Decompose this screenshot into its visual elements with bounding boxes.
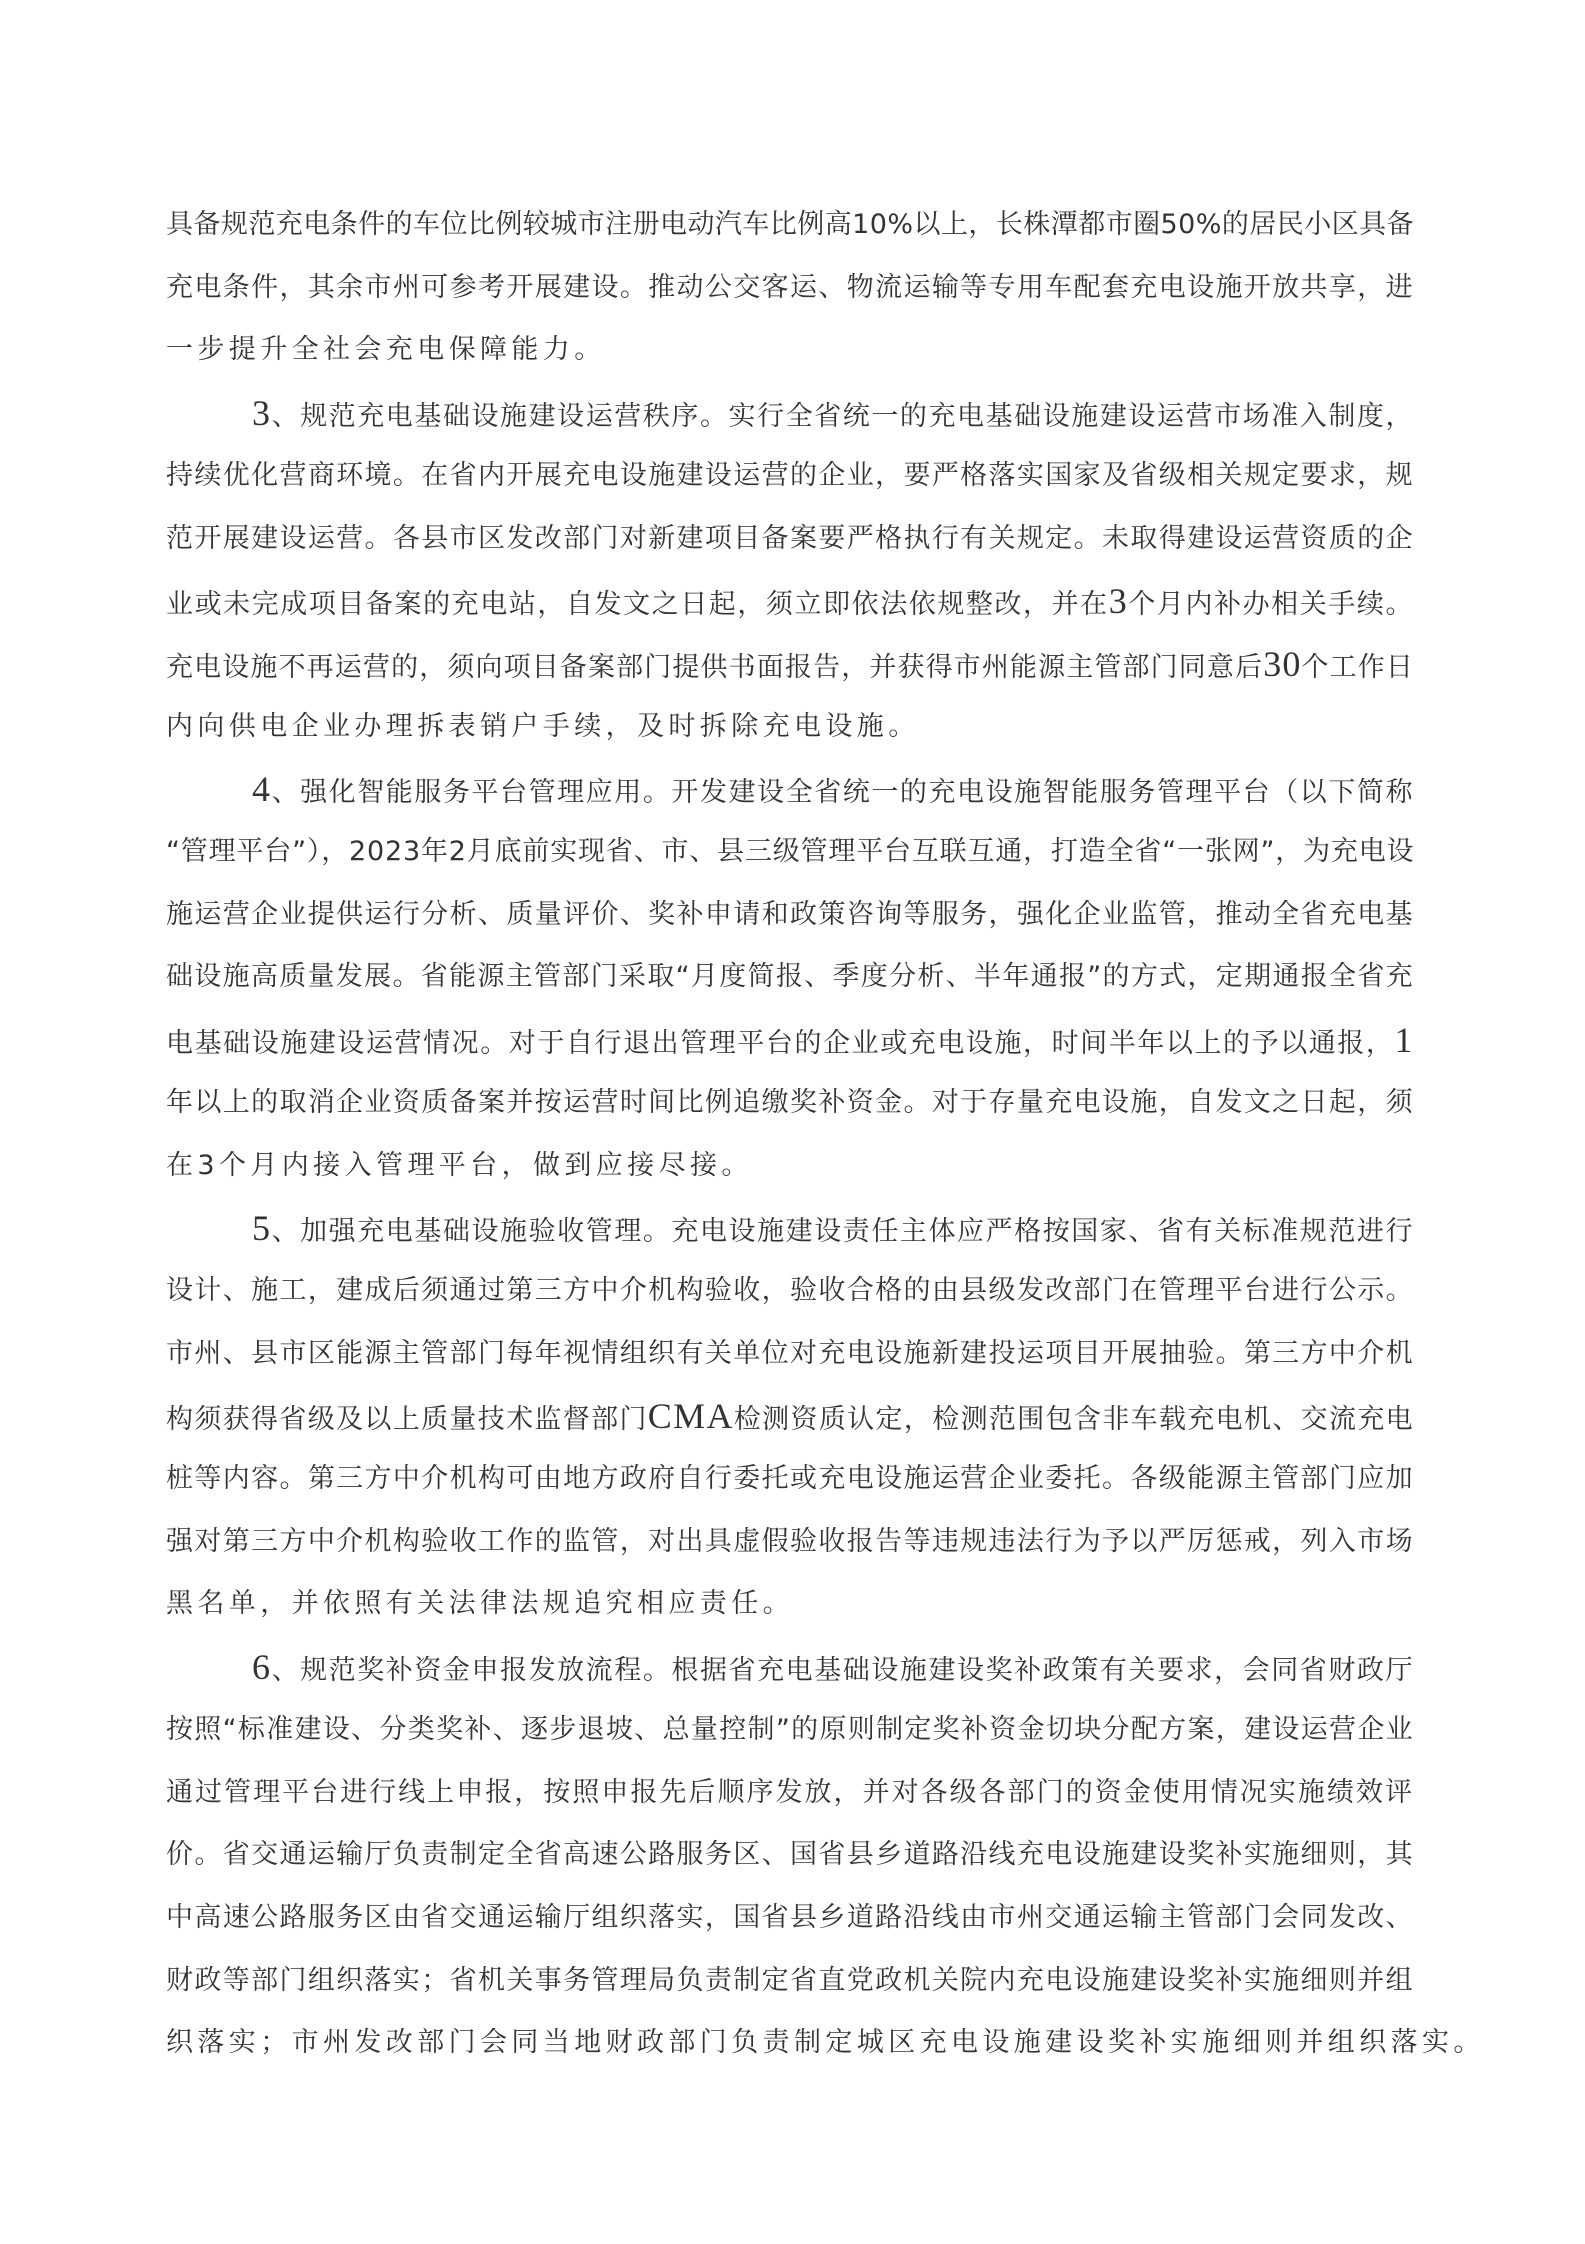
text-line: 年以上的取消企业资质备案并按运营时间比例追缴奖补资金。对于存量充电设施，自发文之… <box>166 1083 1414 1123</box>
text-segment: 范开展建设运营。各县市区发改部门对新建项目备案要严格执行有关规定。未取得建设运营… <box>166 523 1414 554</box>
section-number: 4 <box>252 769 272 809</box>
text-segment: 具备规范充电条件的车位比例较城市注册电动汽车比例高10%以上，长株潭都市圈50%… <box>166 209 1414 240</box>
text-line: 业或未完成项目备案的充电站，自发文之日起，须立即依法依规整改，并在3个月内补办相… <box>166 581 1414 621</box>
text-line: 5、加强充电基础设施验收管理。充电设施建设责任主体应严格按国家、省有关标准规范进… <box>252 1208 1414 1248</box>
text-line: 内向供电企业办理拆表销户手续，及时拆除充电设施。 <box>166 707 1414 747</box>
text-line: 础设施高质量发展。省能源主管部门采取“月度简报、季度分析、半年通报”的方式，定期… <box>166 957 1414 997</box>
text-line: 织落实；市州发改部门会同当地财政部门负责制定城区充电设施建设奖补实施细则并组织落… <box>166 2023 1414 2063</box>
text-segment: 中高速公路服务区由省交通运输厅组织落实，国省县乡道路沿线由市州交通运输主管部门会… <box>166 1902 1414 1933</box>
text-line: 充电条件，其余市州可参考开展建设。推动公交客运、物流运输等专用车配套充电设施开放… <box>166 268 1414 308</box>
text-segment: 业或未完成项目备案的充电站，自发文之日起，须立即依法依规整改，并在 <box>166 589 1109 620</box>
text-segment: 在3个月内接入管理平台，做到应接尽接。 <box>166 1150 753 1181</box>
text-line: 施运营企业提供运行分析、质量评价、奖补申请和政策咨询等服务，强化企业监管，推动全… <box>166 895 1414 935</box>
document-page: 具备规范充电条件的车位比例较城市注册电动汽车比例高10%以上，长株潭都市圈50%… <box>0 0 1585 2244</box>
text-segment: 充电设施不再运营的，须向项目备案部门提供书面报告，并获得市州能源主管部门同意后 <box>166 652 1263 683</box>
text-segment: 设计、施工，建成后须通过第三方中介机构验收，验收合格的由县级发改部门在管理平台进… <box>166 1275 1414 1306</box>
inline-number: 1 <box>1394 1020 1414 1060</box>
inline-number: 30 <box>1263 644 1301 684</box>
text-segment: 、规范奖补资金申报发放流程。根据省充电基础设施建设奖补政策有关要求，会同省财政厅 <box>272 1655 1414 1686</box>
text-segment: 黑名单，并依照有关法律法规追究相应责任。 <box>166 1588 794 1619</box>
text-segment: 一步提升全社会充电保障能力。 <box>166 334 606 365</box>
text-line: 桩等内容。第三方中介机构可由地方政府自行委托或充电设施运营企业委托。各级能源主管… <box>166 1459 1414 1499</box>
text-segment: 财政等部门组织落实；省机关事务管理局负责制定省直党政机关院内充电设施建设奖补实施… <box>166 1965 1414 1996</box>
text-line: 设计、施工，建成后须通过第三方中介机构验收，验收合格的由县级发改部门在管理平台进… <box>166 1271 1414 1311</box>
text-line: 范开展建设运营。各县市区发改部门对新建项目备案要严格执行有关规定。未取得建设运营… <box>166 519 1414 559</box>
text-line: 持续优化营商环境。在省内开展充电设施建设运营的企业，要严格落实国家及省级相关规定… <box>166 456 1414 496</box>
text-segment: 个工作日 <box>1301 652 1414 683</box>
text-segment: 施运营企业提供运行分析、质量评价、奖补申请和政策咨询等服务，强化企业监管，推动全… <box>166 899 1414 930</box>
text-segment: “管理平台”），2023年2月底前实现省、市、县三级管理平台互联互通，打造全省“… <box>166 836 1414 867</box>
inline-number: 3 <box>1109 581 1129 621</box>
text-line: 电基础设施建设运营情况。对于自行退出管理平台的企业或充电设施，时间半年以上的予以… <box>166 1020 1414 1060</box>
text-segment: 础设施高质量发展。省能源主管部门采取“月度简报、季度分析、半年通报”的方式，定期… <box>166 961 1414 992</box>
text-segment: 、规范充电基础设施建设运营秩序。实行全省统一的充电基础设施建设运营市场准入制度， <box>272 401 1414 432</box>
text-segment: 检测资质认定，检测范围包含非车载充电机、交流充电 <box>734 1404 1414 1435</box>
text-segment: 通过管理平台进行线上申报，按照申报先后顺序发放，并对各级各部门的资金使用情况实施… <box>166 1777 1414 1808</box>
text-segment: 价。省交通运输厅负责制定全省高速公路服务区、国省县乡道路沿线充电设施建设奖补实施… <box>166 1839 1414 1870</box>
text-segment: 桩等内容。第三方中介机构可由地方政府自行委托或充电设施运营企业委托。各级能源主管… <box>166 1463 1414 1494</box>
text-segment: 按照“标准建设、分类奖补、逐步退坡、总量控制”的原则制定奖补资金切块分配方案，建… <box>166 1714 1414 1745</box>
text-line: 通过管理平台进行线上申报，按照申报先后顺序发放，并对各级各部门的资金使用情况实施… <box>166 1773 1414 1813</box>
text-segment: 市州、县市区能源主管部门每年视情组织有关单位对充电设施新建投运项目开展抽验。第三… <box>166 1338 1414 1369</box>
text-line: 财政等部门组织落实；省机关事务管理局负责制定省直党政机关院内充电设施建设奖补实施… <box>166 1961 1414 2001</box>
text-line: 按照“标准建设、分类奖补、逐步退坡、总量控制”的原则制定奖补资金切块分配方案，建… <box>166 1710 1414 1750</box>
text-segment: 、强化智能服务平台管理应用。开发建设全省统一的充电设施智能服务管理平台（以下简称 <box>272 777 1414 808</box>
text-line: 强对第三方中介机构验收工作的监管，对出具虚假验收报告等违规违法行为予以严厉惩戒，… <box>166 1522 1414 1562</box>
text-line: 4、强化智能服务平台管理应用。开发建设全省统一的充电设施智能服务管理平台（以下简… <box>252 769 1414 809</box>
text-line: 在3个月内接入管理平台，做到应接尽接。 <box>166 1146 1414 1186</box>
section-number: 3 <box>252 393 272 433</box>
text-segment: 年以上的取消企业资质备案并按运营时间比例追缴奖补资金。对于存量充电设施，自发文之… <box>166 1087 1414 1118</box>
inline-number: CMA <box>648 1396 734 1436</box>
text-segment: 构须获得省级及以上质量技术监督部门 <box>166 1404 648 1435</box>
text-segment: 、加强充电基础设施验收管理。充电设施建设责任主体应严格按国家、省有关标准规范进行 <box>272 1216 1414 1247</box>
text-line: 构须获得省级及以上质量技术监督部门CMA检测资质认定，检测范围包含非车载充电机、… <box>166 1396 1414 1436</box>
text-segment: 持续优化营商环境。在省内开展充电设施建设运营的企业，要严格落实国家及省级相关规定… <box>166 460 1414 491</box>
text-line: 3、规范充电基础设施建设运营秩序。实行全省统一的充电基础设施建设运营市场准入制度… <box>252 393 1414 433</box>
text-line: 充电设施不再运营的，须向项目备案部门提供书面报告，并获得市州能源主管部门同意后3… <box>166 644 1414 684</box>
text-segment: 个月内补办相关手续。 <box>1128 589 1414 620</box>
text-line: 具备规范充电条件的车位比例较城市注册电动汽车比例高10%以上，长株潭都市圈50%… <box>166 205 1414 245</box>
text-segment: 充电条件，其余市州可参考开展建设。推动公交客运、物流运输等专用车配套充电设施开放… <box>166 272 1414 303</box>
section-number: 5 <box>252 1208 272 1248</box>
text-segment: 电基础设施建设运营情况。对于自行退出管理平台的企业或充电设施，时间半年以上的予以… <box>166 1028 1394 1059</box>
text-line: 一步提升全社会充电保障能力。 <box>166 330 1414 370</box>
text-line: “管理平台”），2023年2月底前实现省、市、县三级管理平台互联互通，打造全省“… <box>166 832 1414 872</box>
text-segment: 织落实；市州发改部门会同当地财政部门负责制定城区充电设施建设奖补实施细则并组织落… <box>166 2027 1485 2058</box>
text-line: 中高速公路服务区由省交通运输厅组织落实，国省县乡道路沿线由市州交通运输主管部门会… <box>166 1898 1414 1938</box>
text-line: 价。省交通运输厅负责制定全省高速公路服务区、国省县乡道路沿线充电设施建设奖补实施… <box>166 1835 1414 1875</box>
text-segment: 强对第三方中介机构验收工作的监管，对出具虚假验收报告等违规违法行为予以严厉惩戒，… <box>166 1526 1414 1557</box>
text-segment: 内向供电企业办理拆表销户手续，及时拆除充电设施。 <box>166 711 920 742</box>
text-line: 6、规范奖补资金申报发放流程。根据省充电基础设施建设奖补政策有关要求，会同省财政… <box>252 1647 1414 1687</box>
text-line: 市州、县市区能源主管部门每年视情组织有关单位对充电设施新建投运项目开展抽验。第三… <box>166 1334 1414 1374</box>
text-line: 黑名单，并依照有关法律法规追究相应责任。 <box>166 1584 1414 1624</box>
section-number: 6 <box>252 1647 272 1687</box>
